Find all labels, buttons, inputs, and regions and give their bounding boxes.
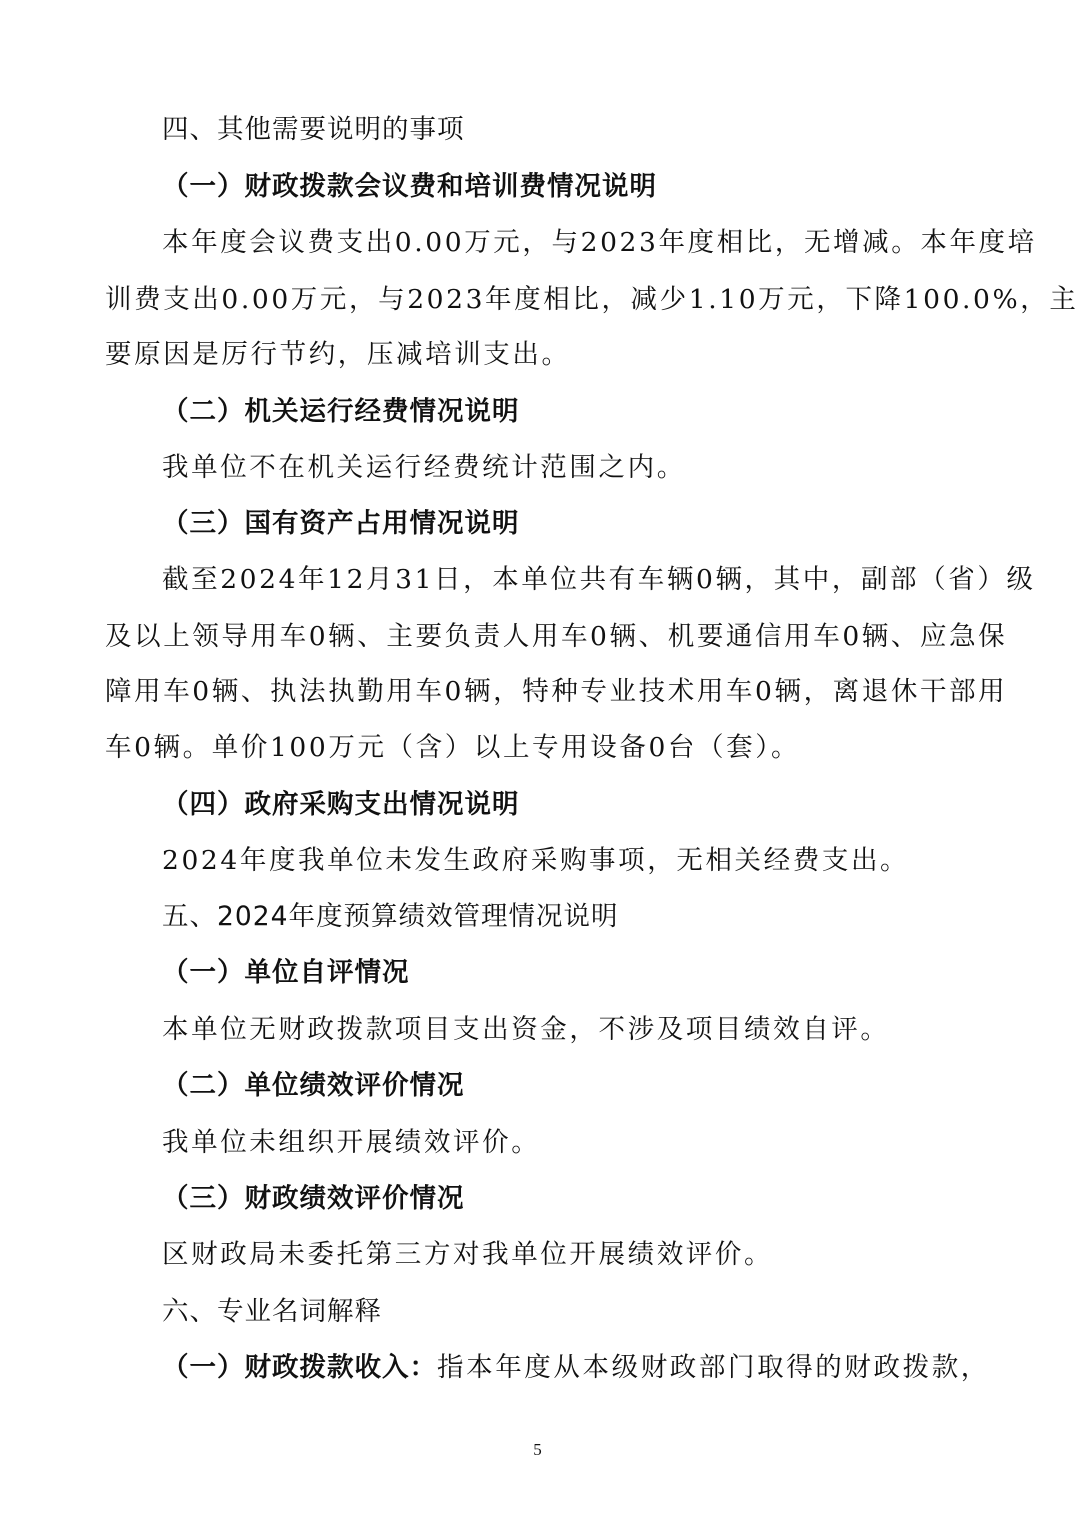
subsection-heading-4-4: （四）政府采购支出情况说明 (162, 785, 1029, 825)
section-heading-5: 五、2024年度预算绩效管理情况说明 (162, 897, 1029, 937)
subsection-heading-4-1: （一）财政拨款会议费和培训费情况说明 (162, 167, 1029, 207)
paragraph-line: 及以上领导用车0辆、主要负责人用车0辆、机要通信用车0辆、应急保 (105, 617, 972, 657)
term-definition-line: （一）财政拨款收入：指本年度从本级财政部门取得的财政拨款， (162, 1348, 972, 1388)
subsection-heading-4-2: （二）机关运行经费情况说明 (162, 392, 1029, 432)
paragraph-line: 区财政局未委托第三方对我单位开展绩效评价。 (162, 1235, 972, 1275)
section-heading-4: 四、其他需要说明的事项 (162, 110, 1029, 150)
paragraph-line: 要原因是厉行节约，压减培训支出。 (105, 335, 972, 375)
paragraph-line: 本单位无财政拨款项目支出资金，不涉及项目绩效自评。 (162, 1010, 972, 1050)
paragraph-line: 2024年度我单位未发生政府采购事项，无相关经费支出。 (162, 841, 972, 881)
paragraph-line: 我单位不在机关运行经费统计范围之内。 (162, 448, 972, 488)
subsection-heading-4-3: （三）国有资产占用情况说明 (162, 504, 1029, 544)
paragraph-line: 我单位未组织开展绩效评价。 (162, 1123, 972, 1163)
paragraph-line: 车0辆。单价100万元（含）以上专用设备0台（套）。 (105, 728, 972, 768)
page-number: 5 (0, 1440, 1075, 1460)
term-label: （一）财政拨款收入： (162, 1352, 437, 1383)
document-page: 四、其他需要说明的事项 （一）财政拨款会议费和培训费情况说明 本年度会议费支出0… (0, 0, 1075, 1520)
paragraph-line: 障用车0辆、执法执勤用车0辆，特种专业技术用车0辆，离退休干部用 (105, 672, 972, 712)
subsection-heading-5-1: （一）单位自评情况 (162, 953, 1029, 993)
term-definition: 指本年度从本级财政部门取得的财政拨款， (437, 1352, 990, 1383)
paragraph-line: 本年度会议费支出0.00万元，与2023年度相比，无增减。本年度培 (162, 223, 972, 263)
paragraph-line: 截至2024年12月31日，本单位共有车辆0辆，其中，副部（省）级 (162, 560, 972, 600)
subsection-heading-5-3: （三）财政绩效评价情况 (162, 1179, 1029, 1219)
subsection-heading-5-2: （二）单位绩效评价情况 (162, 1066, 1029, 1106)
section-heading-6: 六、专业名词解释 (162, 1292, 1029, 1332)
paragraph-line: 训费支出0.00万元，与2023年度相比，减少1.10万元，下降100.0%，主 (105, 280, 972, 320)
